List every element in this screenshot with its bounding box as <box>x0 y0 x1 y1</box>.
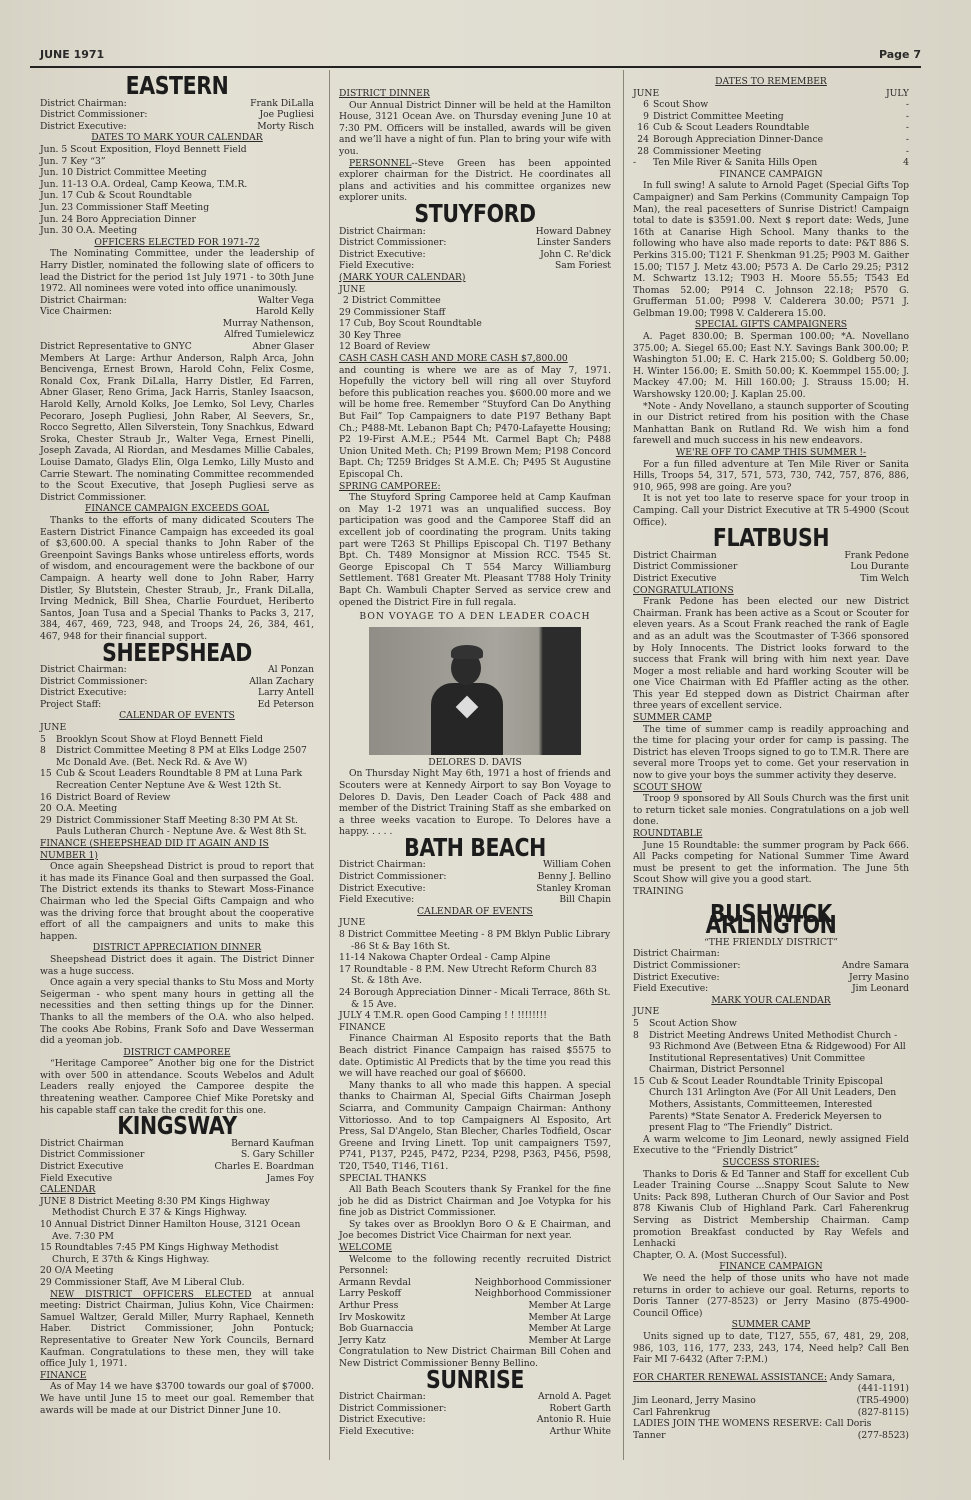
personnel-row: Bob GuarnacciaMember At Large <box>339 1323 611 1335</box>
event-text: Scout Show <box>653 99 708 110</box>
person-role: Member At Large <box>528 1323 611 1335</box>
officer-role: District Commissioner: <box>40 109 147 121</box>
paragraph: On Thursday Night May 6th, 1971 a host o… <box>339 768 611 838</box>
month-label: JUNE <box>339 917 611 929</box>
officer-name: Arthur White <box>550 1426 611 1438</box>
officer-row: Vice Chairmen:Harold Kelly <box>40 306 314 318</box>
event-text: District Committee Meeting <box>653 111 784 122</box>
personnel-row: Irv MoskowitzMember At Large <box>339 1312 611 1324</box>
subheading: FINANCE CAMPAIGN <box>633 169 909 181</box>
kingsway-section: KINGSWAY District ChairmanBernard Kaufma… <box>40 1120 314 1416</box>
event-text: District Board of Review <box>56 792 314 804</box>
officer-role: Field Executive <box>40 1173 112 1185</box>
subheading: DATES TO REMEMBER <box>633 76 909 88</box>
section-title: BATH BEACH <box>363 842 586 854</box>
bath-beach-section: BATH BEACH District Chairman:William Coh… <box>339 842 611 1370</box>
officer-role: District Executive: <box>339 1414 426 1426</box>
column-label: JULY <box>886 88 909 100</box>
calendar-item: 8District Meeting Andrews United Methodi… <box>633 1030 909 1076</box>
contact-name: Andy Samara, <box>830 1372 895 1383</box>
subheading: DISTRICT APPRECIATION DINNER <box>40 942 314 954</box>
paragraph: Chapter, O. A. (Most Successful). <box>633 1250 909 1262</box>
newspaper-page: JUNE 1971 Page 7 EASTERN District Chairm… <box>0 0 971 1500</box>
column-divider <box>329 70 330 1460</box>
calendar-item: 15Cub & Scout Leader Roundtable Trinity … <box>633 1076 909 1134</box>
column-1: EASTERN District Chairman:Frank DiLalla … <box>40 76 314 1416</box>
person-name: Larry Peskoff <box>339 1288 401 1300</box>
person-role: Neighborhood Commissioner <box>475 1288 611 1300</box>
calendar-item: 15Cub & Scout Leaders Roundtable 8 PM at… <box>40 768 314 791</box>
july-date: - <box>906 99 909 111</box>
paragraph: Troop 9 sponsored by All Souls Church wa… <box>633 793 909 828</box>
paragraph: Thanks to Doris & Ed Tanner and Staff fo… <box>633 1169 909 1250</box>
officer-row: Field Executive:Arthur White <box>339 1426 611 1438</box>
section-title: FLATBUSH <box>658 532 884 544</box>
person-role: Member At Large <box>528 1300 611 1312</box>
event-day: 5 <box>633 1018 649 1030</box>
subheading: SUMMER CAMP <box>633 1319 909 1331</box>
officer-row: District Commissioner:Linster Sanders <box>339 237 611 249</box>
event-day: 5 <box>40 734 56 746</box>
paragraph: Sy takes over as Brooklyn Boro O & E Cha… <box>339 1219 611 1242</box>
personnel-row: Armann RevdalNeighborhood Commissioner <box>339 1277 611 1289</box>
calendar-item: 16District Board of Review <box>40 792 314 804</box>
calendar-item: Jun. 11-13 O.A. Ordeal, Camp Keowa, T.M.… <box>40 179 314 191</box>
event-day: 15 <box>633 1076 649 1134</box>
subheading: SUCCESS STORIES: <box>633 1157 909 1169</box>
subheading: CASH CASH CASH AND MORE CASH $7,800.00 <box>339 353 611 365</box>
calendar-item: 30 Key Three <box>339 330 611 342</box>
subheading: FINANCE CAMPAIGN <box>633 1261 909 1273</box>
calendar-item: 17 Roundtable - 8 P.M. New Utrecht Refor… <box>339 964 611 987</box>
dates-row: 16Cub & Scout Leaders Roundtable- <box>633 122 909 134</box>
officer-row: District Executive:Stanley Kroman <box>339 883 611 895</box>
june-date: 6 <box>633 99 649 111</box>
calendar-item: JULY 4 T.M.R. open Good Camping ! ! !!!!… <box>339 1010 611 1022</box>
dates-row: 28Commissioner Meeting- <box>633 146 909 158</box>
officer-role: District Commissioner: <box>40 676 147 688</box>
june-date: - <box>633 157 649 169</box>
officer-role: District Chairman <box>633 550 717 562</box>
officer-role: District Executive: <box>633 972 720 984</box>
officer-row: District ExecutiveTim Welch <box>633 573 909 585</box>
section-title: KINGSWAY <box>65 1120 290 1132</box>
calendar-item: 29District Commissioner Staff Meeting 8:… <box>40 815 314 838</box>
officer-name: Ed Peterson <box>258 699 314 711</box>
officer-name: James Foy <box>266 1173 314 1185</box>
calendar-item: 10 Annual District Dinner Hamilton House… <box>40 1219 314 1242</box>
subheading: CONGRATULATIONS <box>633 585 909 597</box>
officer-row: Field Executive:Sam Foriest <box>339 260 611 272</box>
subheading: SCOUT SHOW <box>633 782 909 794</box>
column-3: DATES TO REMEMBER JUNEJULY 6Scout Show- … <box>633 76 909 1441</box>
officer-role: District Commissioner <box>633 561 737 573</box>
personnel-row: Jerry KatzMember At Large <box>339 1335 611 1347</box>
dates-row: -Ten Mile River & Sanita Hills Open4 <box>633 157 909 169</box>
officer-row: District Commissioner:Benny J. Bellino <box>339 871 611 883</box>
officer-role: Field Executive: <box>339 1426 414 1438</box>
officer-name: Morty Risch <box>257 121 314 133</box>
officer-name: Charles E. Boardman <box>214 1161 314 1173</box>
personnel-row: Larry PeskoffNeighborhood Commissioner <box>339 1288 611 1300</box>
calendar-item: 8 District Committee Meeting - 8 PM Bkly… <box>339 929 611 952</box>
issue-date: JUNE 1971 <box>40 48 104 61</box>
officer-row: District Executive:Morty Risch <box>40 121 314 133</box>
officer-name: Jim Leonard <box>852 983 909 995</box>
person-name: Irv Moskowitz <box>339 1312 405 1324</box>
portrait-photo <box>369 627 581 755</box>
subheading: (MARK YOUR CALENDAR) <box>339 272 611 284</box>
officer-row: District Chairman:Walter Vega <box>40 295 314 307</box>
calendar-item: 29 Commissioner Staff <box>339 307 611 319</box>
officer-row: District Commissioner:Robert Garth <box>339 1403 611 1415</box>
calendar-item: Jun. 17 Cub & Scout Roundtable <box>40 190 314 202</box>
calendar-item: 15 Roundtables 7:45 PM Kings Highway Met… <box>40 1242 314 1265</box>
officer-role: District Commissioner: <box>339 1403 446 1415</box>
event-text: Brooklyn Scout Show at Floyd Bennett Fie… <box>56 734 314 746</box>
paragraph: Once again a very special thanks to Stu … <box>40 977 314 1047</box>
subheading: OFFICERS ELECTED FOR 1971-72 <box>40 237 314 249</box>
calendar-item: 5Scout Action Show <box>633 1018 909 1030</box>
officer-role: District Executive: <box>40 687 127 699</box>
paragraph: PERSONNEL--Steve Green has been appointe… <box>339 158 611 204</box>
paragraph: *Note - Andy Novellano, a staunch suppor… <box>633 401 909 447</box>
calendar-item: 8District Committee Meeting 8 PM at Elks… <box>40 745 314 768</box>
officer-role: Vice Chairmen: <box>40 306 112 318</box>
event-text: Ten Mile River & Sanita Hills Open <box>653 157 817 168</box>
sheepshead-section: SHEEPSHEAD District Chairman:Al Ponzan D… <box>40 647 314 1117</box>
officer-name: Walter Vega <box>258 295 314 307</box>
subheading: FINANCE (SHEEPSHEAD DID IT AGAIN AND IS … <box>40 838 314 861</box>
officer-role: District Representative to GNYC <box>40 341 192 353</box>
paragraph: Welcome to the following recently recrui… <box>339 1254 611 1277</box>
officer-name: Benny J. Bellino <box>538 871 611 883</box>
officer-role: District Chairman: <box>339 1391 426 1403</box>
section-title: BUSHWICK ARLINGTON <box>658 908 884 931</box>
subheading: TRAINING <box>633 886 909 898</box>
section-title: STUYFORD <box>363 208 586 220</box>
paragraph: Units signed up to date, T127, 555, 67, … <box>633 1331 909 1366</box>
stuyford-section: STUYFORD District Chairman:Howard Dabney… <box>339 208 611 838</box>
column-label: JUNE <box>633 88 659 100</box>
month-label: JUNE <box>40 722 314 734</box>
officer-row: District Commissioner:Allan Zachary <box>40 676 314 688</box>
officer-role: District Commissioner: <box>339 237 446 249</box>
paragraph: In full swing! A salute to Arnold Paget … <box>633 180 909 319</box>
month-label: JUNE <box>633 1006 909 1018</box>
officer-name: Larry Antell <box>258 687 314 699</box>
officer-name: William Cohen <box>543 859 611 871</box>
paragraph: Finance Chairman Al Esposito reports tha… <box>339 1033 611 1079</box>
officer-row: Field Executive:Bill Chapin <box>339 894 611 906</box>
officer-name: Sam Foriest <box>555 260 611 272</box>
officer-role: Project Staff: <box>40 699 101 711</box>
subheading: SUMMER CAMP <box>633 712 909 724</box>
person-name: Bob Guarnaccia <box>339 1323 413 1335</box>
officer-name: Linster Sanders <box>537 237 611 249</box>
officer-name: Abner Glaser <box>253 341 314 353</box>
dates-header-row: JUNEJULY <box>633 88 909 100</box>
calendar-item: 11-14 Nakowa Chapter Ordeal - Camp Alpin… <box>339 952 611 964</box>
officer-name: Harold Kelly <box>256 306 314 318</box>
paragraph: A. Paget 830.00; B. Sperman 100.00; *A. … <box>633 331 909 401</box>
officer-row: District Commissioner:Joe Pugliesi <box>40 109 314 121</box>
officer-name: Frank DiLalla <box>250 98 314 110</box>
officer-name: S. Gary Schiller <box>241 1149 314 1161</box>
subheading: SPECIAL GIFTS CAMPAIGNERS <box>633 319 909 331</box>
column-divider <box>623 70 624 1460</box>
person-name: Armann Revdal <box>339 1277 411 1289</box>
dates-row: 6Scout Show- <box>633 99 909 111</box>
july-date: - <box>906 134 909 146</box>
officer-name: Stanley Kroman <box>536 883 611 895</box>
section-title: EASTERN <box>65 80 290 92</box>
officer-role: District Chairman: <box>339 226 426 238</box>
event-text: District Commissioner Staff Meeting 8:30… <box>56 815 314 838</box>
page-header: JUNE 1971 Page 7 <box>30 44 921 68</box>
subheading: WE'RE OFF TO CAMP THIS SUMMER !- <box>633 447 909 459</box>
paragraph: Our Annual District Dinner will be held … <box>339 100 611 158</box>
officer-role: Field Executive: <box>633 983 708 995</box>
officer-name: Bernard Kaufman <box>231 1138 314 1150</box>
subheading: SPECIAL THANKS <box>339 1173 611 1185</box>
column-2: DISTRICT DINNER Our Annual District Dinn… <box>339 76 611 1438</box>
officer-row: Field Executive:Jim Leonard <box>633 983 909 995</box>
paragraph: NEW DISTRICT OFFICERS ELECTED at annual … <box>40 1289 314 1370</box>
officer-name: Andre Samara <box>842 960 909 972</box>
officer-role: District Executive: <box>339 249 426 261</box>
paragraph: Members At Large: Arthur Anderson, Ralph… <box>40 353 314 504</box>
event-day: 8 <box>40 745 56 768</box>
page-number: Page 7 <box>879 48 921 61</box>
paragraph: Sheepshead District does it again. The D… <box>40 954 314 977</box>
officer-role: District Executive <box>40 1161 123 1173</box>
month-label: JUNE <box>339 284 611 296</box>
july-date: - <box>906 111 909 123</box>
event-day: 16 <box>40 792 56 804</box>
subheading: CALENDAR OF EVENTS <box>40 710 314 722</box>
inline-heading: NEW DISTRICT OFFICERS ELECTED <box>50 1289 251 1300</box>
paragraph: Once again Sheepshead District is proud … <box>40 861 314 942</box>
flatbush-section: FLATBUSH District ChairmanFrank Pedone D… <box>633 532 909 897</box>
officer-name: John C. Re'dick <box>540 249 611 261</box>
officer-role: District Commissioner: <box>633 960 740 972</box>
officer-role: Field Executive: <box>339 260 414 272</box>
subheading: FINANCE CAMPAIGN EXCEEDS GOAL <box>40 503 314 515</box>
contact-row: LADIES JOIN THE WOMENS RESERVE: Call Dor… <box>633 1418 909 1430</box>
person-role: Neighborhood Commissioner <box>475 1277 611 1289</box>
officer-role: District Chairman: <box>40 98 127 110</box>
subheading: FINANCE <box>40 1370 314 1382</box>
personnel-row: Arthur PressMember At Large <box>339 1300 611 1312</box>
contact-name: LADIES JOIN THE WOMENS RESERVE: Call Dor… <box>633 1418 871 1430</box>
officer-role: Field Executive: <box>339 894 414 906</box>
event-text: Commissioner Meeting <box>653 146 761 157</box>
contact-row: Jim Leonard, Jerry Masino(TR5-4900) <box>633 1395 909 1407</box>
officer-row: District Executive:Jerry Masino <box>633 972 909 984</box>
calendar-item: Jun. 30 O.A. Meeting <box>40 225 314 237</box>
officer-row: District CommissionerS. Gary Schiller <box>40 1149 314 1161</box>
officer-name: Alfred Tumielewicz <box>224 329 314 341</box>
calendar-item: 24 Borough Appreciation Dinner - Micali … <box>339 987 611 1010</box>
officer-role: District Executive: <box>40 121 127 133</box>
officer-name: Howard Dabney <box>536 226 611 238</box>
calendar-item: 20O.A. Meeting <box>40 803 314 815</box>
charter-line: FOR CHARTER RENEWAL ASSISTANCE: Andy Sam… <box>633 1372 909 1384</box>
calendar-item: Jun. 7 Key “3” <box>40 156 314 168</box>
officer-role: District Commissioner <box>40 1149 144 1161</box>
event-day: 20 <box>40 803 56 815</box>
officer-row: District Representative to GNYCAbner Gla… <box>40 341 314 353</box>
dates-row: 24Borough Appreciation Dinner-Dance- <box>633 134 909 146</box>
officer-name: Arnold A. Paget <box>538 1391 611 1403</box>
subheading: ROUNDTABLE <box>633 828 909 840</box>
paragraph: and counting is where we are as of May 7… <box>339 365 611 481</box>
officer-row: District Executive:Antonio R. Huie <box>339 1414 611 1426</box>
paragraph: Thanks to the efforts of many didicated … <box>40 515 314 643</box>
officer-role: District Executive <box>633 573 716 585</box>
event-text: Cub & Scout Leaders Roundtable <box>653 122 809 133</box>
subheading: SPRING CAMPOREE: <box>339 481 611 493</box>
july-date: 4 <box>903 157 909 169</box>
subheading: FINANCE <box>339 1022 611 1034</box>
photo-heading: BON VOYAGE TO A DEN LEADER COACH <box>339 611 611 623</box>
sunrise-section: SUNRISE District Chairman:Arnold A. Page… <box>339 1374 611 1438</box>
officer-row: District CommissionerLou Durante <box>633 561 909 573</box>
calendar-item: 2 District Committee <box>339 295 611 307</box>
officer-role: District Chairman: <box>633 948 720 960</box>
officer-name: Antonio R. Huie <box>537 1414 611 1426</box>
paragraph: A warm welcome to Jim Leonard, newly ass… <box>633 1134 909 1157</box>
calendar-item: Jun. 10 District Committee Meeting <box>40 167 314 179</box>
person-name: Arthur Press <box>339 1300 398 1312</box>
officer-name: Murray Nathenson, <box>223 318 314 330</box>
officer-row: District Executive:John C. Re'dick <box>339 249 611 261</box>
june-date: 24 <box>633 134 649 146</box>
june-date: 9 <box>633 111 649 123</box>
calendar-item: 20 O/A Meeting <box>40 1265 314 1277</box>
contact-name: Carl Fahrenkrug <box>633 1407 710 1419</box>
paragraph: As of May 14 we have $3700 towards our g… <box>40 1381 314 1416</box>
paragraph: Frank Pedone has been elected our new Di… <box>633 596 909 712</box>
event-text: Cub & Scout Leaders Roundtable 8 PM at L… <box>56 768 314 791</box>
contact-phone: (827-8115) <box>858 1407 909 1419</box>
contact-row: Tanner(277-8523) <box>633 1430 909 1442</box>
contact-phone: (TR5-4900) <box>856 1395 909 1407</box>
paragraph: “Heritage Camporee” Another big one for … <box>40 1058 314 1116</box>
inline-heading: PERSONNEL <box>349 158 412 169</box>
subheading: MARK YOUR CALENDAR <box>633 995 909 1007</box>
event-text: O.A. Meeting <box>56 803 314 815</box>
officer-row: Field ExecutiveJames Foy <box>40 1173 314 1185</box>
july-date: - <box>906 122 909 134</box>
person-role: Member At Large <box>528 1335 611 1347</box>
officer-role: District Chairman <box>40 1138 124 1150</box>
july-date: - <box>906 146 909 158</box>
officer-name: Jerry Masino <box>849 972 909 984</box>
event-text: Scout Action Show <box>649 1018 909 1030</box>
paragraph-text: at annual meeting: District Chairman, Ju… <box>40 1289 314 1370</box>
subheading: DISTRICT DINNER <box>339 88 611 100</box>
dates-row: 9District Committee Meeting- <box>633 111 909 123</box>
june-date: 28 <box>633 146 649 158</box>
officer-row: Alfred Tumielewicz <box>40 329 314 341</box>
contact-row: (441-1191) <box>633 1383 909 1395</box>
officer-row: Project Staff:Ed Peterson <box>40 699 314 711</box>
eastern-section: EASTERN District Chairman:Frank DiLalla … <box>40 80 314 643</box>
contact-name: Tanner <box>633 1430 666 1442</box>
officer-name: Tim Welch <box>860 573 909 585</box>
subheading: CALENDAR OF EVENTS <box>339 906 611 918</box>
contact-name: Jim Leonard, Jerry Masino <box>633 1395 756 1407</box>
officer-name: Robert Garth <box>549 1403 611 1415</box>
calendar-item: 29 Commissioner Staff, Ave M Liberal Clu… <box>40 1277 314 1289</box>
officer-row: Murray Nathenson, <box>40 318 314 330</box>
event-day: 15 <box>40 768 56 791</box>
officer-role: District Commissioner: <box>339 871 446 883</box>
officer-name: Al Ponzan <box>268 664 314 676</box>
subheading: WELCOME <box>339 1242 611 1254</box>
paragraph: Many thanks to all who made this happen.… <box>339 1080 611 1173</box>
person-figure-icon <box>431 645 501 755</box>
event-text: Cub & Scout Leader Roundtable Trinity Ep… <box>649 1076 909 1134</box>
june-date: 16 <box>633 122 649 134</box>
event-day: 29 <box>40 815 56 838</box>
calendar-item: Jun. 5 Scout Exposition, Floyd Bennett F… <box>40 144 314 156</box>
subheading: DISTRICT CAMPOREE <box>40 1047 314 1059</box>
person-name: Jerry Katz <box>339 1335 386 1347</box>
person-role: Member At Large <box>528 1312 611 1324</box>
officer-role: District Chairman: <box>40 295 127 307</box>
officer-name: Bill Chapin <box>559 894 611 906</box>
officer-row: District Executive:Larry Antell <box>40 687 314 699</box>
bushwick-arlington-section: BUSHWICK ARLINGTON “THE FRIENDLY DISTRIC… <box>633 908 909 1442</box>
inline-heading: FOR CHARTER RENEWAL ASSISTANCE: <box>633 1372 827 1383</box>
officer-row: District Commissioner:Andre Samara <box>633 960 909 972</box>
subheading: DATES TO MARK YOUR CALENDAR <box>40 132 314 144</box>
paragraph: We need the help of those units who have… <box>633 1273 909 1319</box>
event-text: District Meeting Andrews United Methodis… <box>649 1030 909 1076</box>
paragraph: For a fun filled adventure at Ten Mile R… <box>633 459 909 494</box>
calendar-item: 17 Cub, Boy Scout Roundtable <box>339 318 611 330</box>
contact-phone: (441-1191) <box>858 1383 909 1395</box>
paragraph: All Bath Beach Scouters thank Sy Frankel… <box>339 1184 611 1219</box>
section-title: SUNRISE <box>363 1374 586 1386</box>
paragraph: The Nominating Committee, under the lead… <box>40 248 314 294</box>
calendar-item: 12 Board of Review <box>339 341 611 353</box>
officer-name: Frank Pedone <box>844 550 909 562</box>
event-day: 8 <box>633 1030 649 1076</box>
officer-row: District Chairman: <box>633 948 909 960</box>
paragraph: The time of summer camp is readily appro… <box>633 724 909 782</box>
calendar-item: JUNE 8 District Meeting 8:30 PM Kings Hi… <box>40 1196 314 1219</box>
contact-phone: (277-8523) <box>858 1430 909 1442</box>
calendar-item: 5Brooklyn Scout Show at Floyd Bennett Fi… <box>40 734 314 746</box>
officer-name: Allan Zachary <box>249 676 314 688</box>
photo-caption: DELORES D. DAVIS <box>339 757 611 769</box>
officer-name: Lou Durante <box>850 561 909 573</box>
paragraph: June 15 Roundtable: the summer program b… <box>633 840 909 886</box>
calendar-item: Jun. 24 Boro Appreciation Dinner <box>40 214 314 226</box>
calendar-item: Jun. 23 Commissioner Staff Meeting <box>40 202 314 214</box>
subheading: CALENDAR <box>40 1184 314 1196</box>
contact-row: Carl Fahrenkrug(827-8115) <box>633 1407 909 1419</box>
officer-row: District ExecutiveCharles E. Boardman <box>40 1161 314 1173</box>
officer-name: Joe Pugliesi <box>259 109 314 121</box>
section-title: SHEEPSHEAD <box>65 647 290 659</box>
paragraph: The Stuyford Spring Camporee held at Cam… <box>339 492 611 608</box>
event-text: District Committee Meeting 8 PM at Elks … <box>56 745 314 768</box>
